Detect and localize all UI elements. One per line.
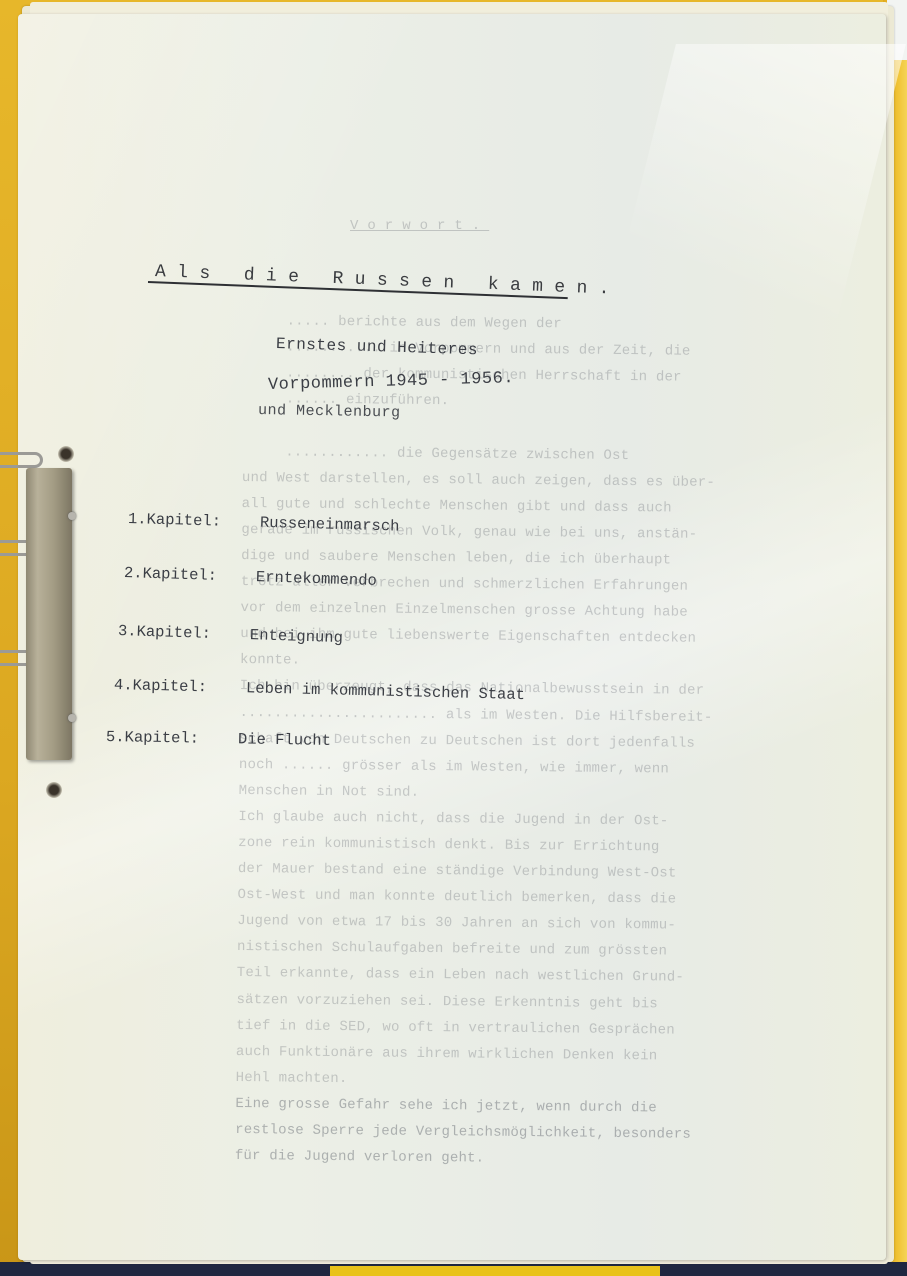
rivet [68,714,76,722]
chapter-number: 1.Kapitel: [128,510,260,532]
punch-hole [58,446,74,462]
chapter-title: Russeneinmarsch [260,514,400,536]
chapter-title: Erntekommendo [256,568,377,590]
binder-ring [0,452,43,468]
chapter-title: Die Flucht [238,730,331,750]
chapter-title: Enteignung [250,626,344,647]
show-through-heading: Vorwort. [350,218,489,234]
binder-clamp-bar[interactable] [26,468,72,760]
folder-bottom-edge [330,1266,660,1276]
chapter-number: 4.Kapitel: [114,676,246,697]
rivet [68,512,76,520]
punch-hole [46,782,62,798]
chapter-number: 5.Kapitel: [106,728,238,748]
region-line-2: und Mecklenburg [258,402,401,421]
